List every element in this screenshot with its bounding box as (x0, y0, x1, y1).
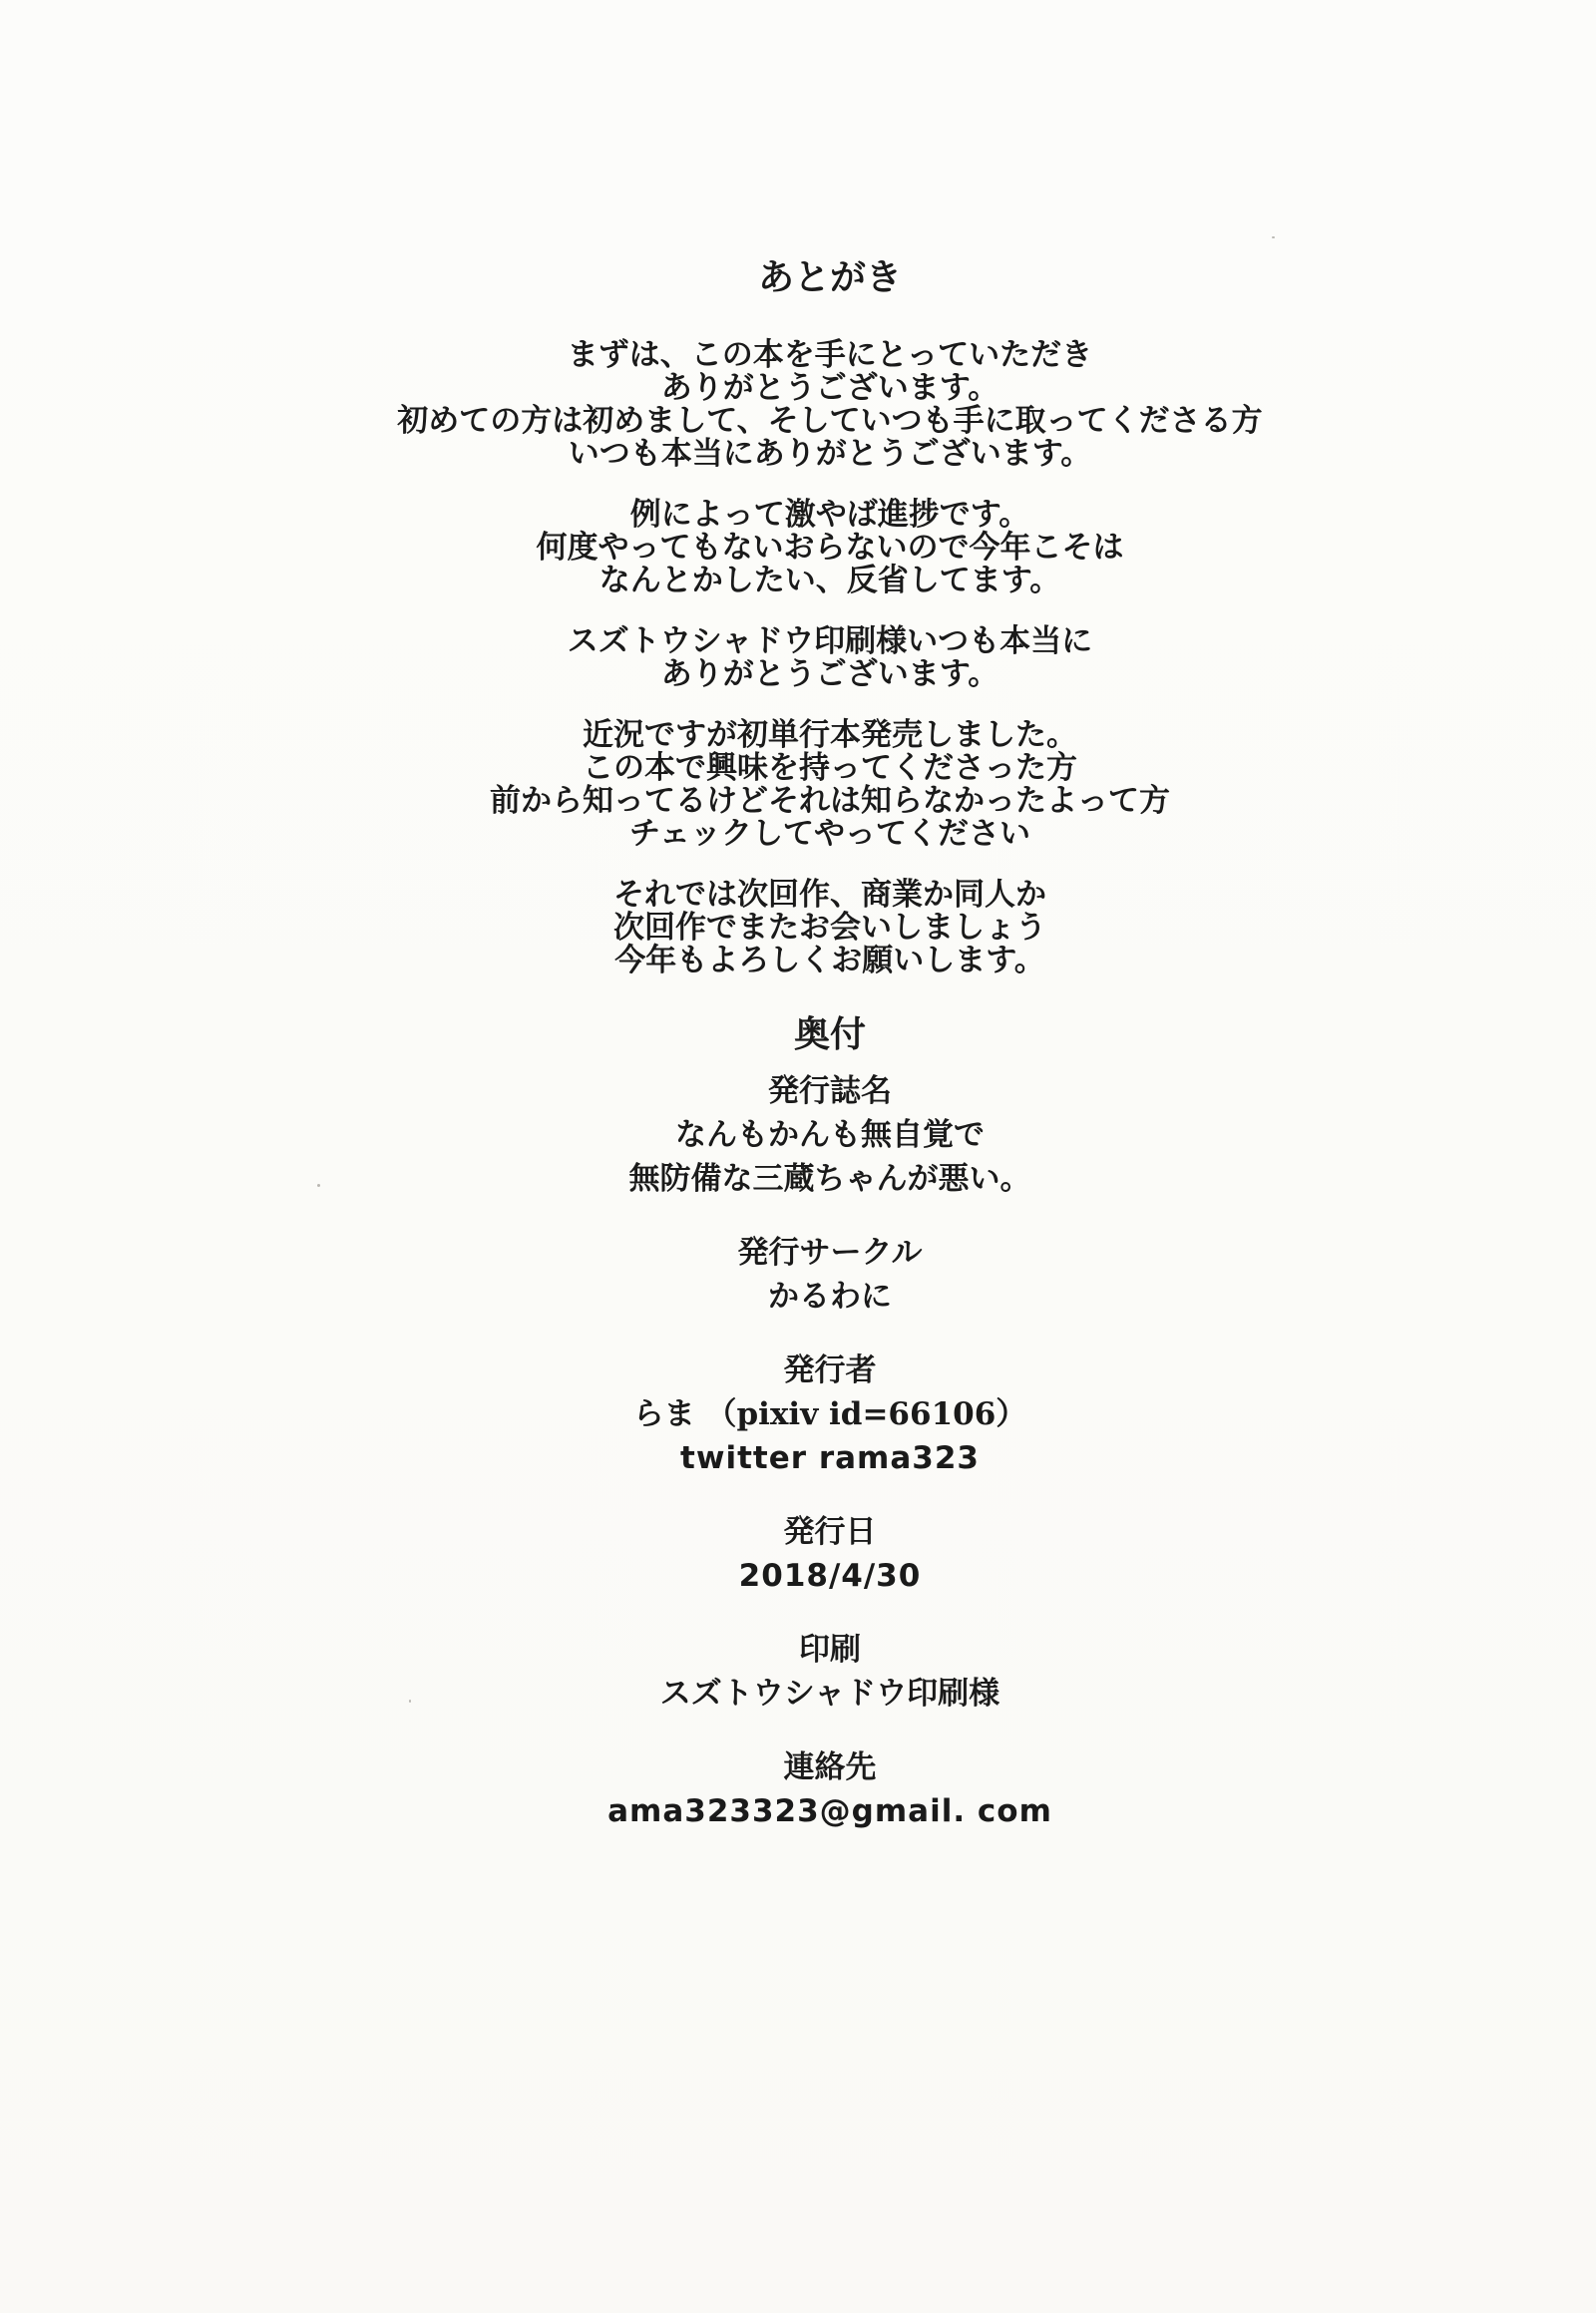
section-label: 発行日 (397, 1510, 1262, 1554)
text-line: 初めての方は初めまして、そしていつも手に取ってくださる方 (397, 405, 1262, 438)
printer-name: スズトウシャドウ印刷様 (397, 1672, 1262, 1716)
publisher-pixiv-id: らま （pixiv id=66106） (397, 1392, 1262, 1436)
text-line: この本で興味を持ってくださった方 (397, 752, 1262, 785)
text-line: 次回作でまたお会いしましょう (397, 912, 1262, 945)
colophon-section-printer: 印刷 スズトウシャドウ印刷様 (397, 1628, 1262, 1716)
text-line: 例によって激やば進捗です。 (397, 499, 1262, 532)
text-line: それでは次回作、商業か同人か (397, 879, 1262, 912)
afterword-paragraph-2: 例によって激やば進捗です。 何度やってもないおらないので今年こそは なんとかした… (397, 499, 1262, 597)
publisher-twitter-handle: twitter rama323 (397, 1436, 1262, 1480)
text-line: チェックしてやってください (397, 818, 1262, 851)
contact-email: ama323323@gmail. com (397, 1789, 1262, 1833)
text-line: かるわに (397, 1275, 1262, 1319)
text-line: なんもかんも無自覚で (397, 1113, 1262, 1157)
colophon-section-publisher: 発行者 らま （pixiv id=66106） twitter rama323 (397, 1349, 1262, 1480)
colophon-section-contact: 連絡先 ama323323@gmail. com (397, 1745, 1262, 1833)
afterword-paragraph-1: まずは、この本を手にとっていただき ありがとうございます。 初めての方は初めまし… (397, 339, 1262, 471)
afterword-paragraph-4: 近況ですが初単行本発売しました。 この本で興味を持ってくださった方 前から知って… (397, 719, 1262, 851)
section-label: 連絡先 (397, 1745, 1262, 1789)
text-line: 何度やってもないおらないので今年こそは (397, 532, 1262, 565)
text-line: ありがとうございます。 (397, 658, 1262, 691)
text-line: 今年もよろしくお願いします。 (397, 945, 1262, 977)
section-label: 発行誌名 (397, 1069, 1262, 1113)
text-line: まずは、この本を手にとっていただき (397, 339, 1262, 372)
section-label: 印刷 (397, 1628, 1262, 1672)
publication-date: 2018/4/30 (397, 1554, 1262, 1598)
afterword-paragraph-5: それでは次回作、商業か同人か 次回作でまたお会いしましょう 今年もよろしくお願い… (397, 879, 1262, 977)
section-label: 発行サークル (397, 1231, 1262, 1275)
scan-speck (1272, 236, 1275, 238)
text-line: なんとかしたい、反省してます。 (397, 565, 1262, 597)
afterword-title: あとがき (397, 259, 1262, 295)
colophon-section-circle: 発行サークル かるわに (397, 1231, 1262, 1319)
section-label: 発行者 (397, 1349, 1262, 1392)
colophon-title: 奥付 (397, 1017, 1262, 1053)
page-content: あとがき まずは、この本を手にとっていただき ありがとうございます。 初めての方… (397, 259, 1262, 1833)
afterword-paragraph-3: スズトウシャドウ印刷様いつも本当に ありがとうございます。 (397, 625, 1262, 691)
text-line: いつも本当にありがとうございます。 (397, 438, 1262, 471)
text-line: スズトウシャドウ印刷様いつも本当に (397, 625, 1262, 658)
text-line: 前から知ってるけどそれは知らなかったよって方 (397, 785, 1262, 818)
scan-speck (317, 1184, 320, 1187)
text-line: ありがとうございます。 (397, 372, 1262, 405)
colophon-section-publication-name: 発行誌名 なんもかんも無自覚で 無防備な三蔵ちゃんが悪い。 (397, 1069, 1262, 1201)
text-line: 近況ですが初単行本発売しました。 (397, 719, 1262, 752)
colophon-section-publication-date: 発行日 2018/4/30 (397, 1510, 1262, 1598)
text-line: 無防備な三蔵ちゃんが悪い。 (397, 1157, 1262, 1201)
scanned-page: あとがき まずは、この本を手にとっていただき ありがとうございます。 初めての方… (0, 0, 1596, 2313)
